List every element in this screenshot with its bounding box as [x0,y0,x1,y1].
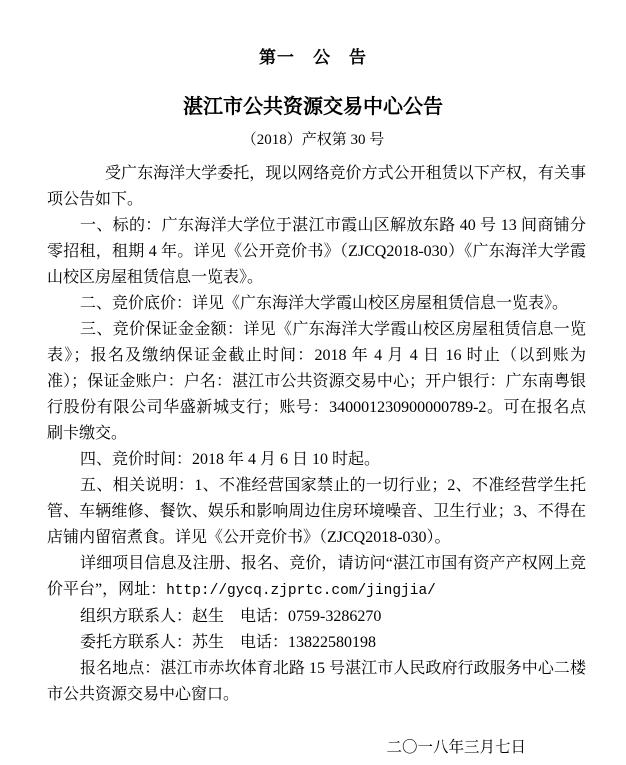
paragraph-base-price: 二、竞价底价：详见《广东海洋大学霞山校区房屋租赁信息一览表》。 [47,291,586,317]
document-title: 湛江市公共资源交易中心公告 [0,95,626,119]
paragraph-intro: 受广东海洋大学委托，现以网络竞价方式公开租赁以下产权，有关事项公告如下。 [47,161,586,213]
document-number: （2018）产权第 30 号 [0,131,626,149]
paragraph-registration-address: 报名地点：湛江市赤坎体育北路 15 号湛江市人民政府行政服务中心二楼市公共资源交… [47,656,586,708]
document-body: 受广东海洋大学委托，现以网络竞价方式公开租赁以下产权，有关事项公告如下。 一、标… [0,161,626,708]
paragraph-organizer-contact: 组织方联系人：赵生 电话：0759-3286270 [47,604,586,630]
section-heading: 第一 公 告 [0,48,626,68]
paragraph-deposit: 三、竞价保证金金额：详见《广东海洋大学霞山校区房屋租赁信息一览表》；报名及缴纳保… [47,317,586,447]
document-date: 二〇一八年三月七日 [0,738,626,758]
paragraph-related-notes: 五、相关说明：1、不准经营国家禁止的一切行业；2、不准经营学生托管、车辆维修、餐… [47,473,586,551]
paragraph-client-contact: 委托方联系人：苏生 电话：13822580198 [47,630,586,656]
paragraph-bidding-time: 四、竞价时间：2018 年 4 月 6 日 10 时起。 [47,447,586,473]
announcement-document: 第一 公 告 湛江市公共资源交易中心公告 （2018）产权第 30 号 受广东海… [0,0,626,765]
platform-url: http://gycq.zjprtc.com/jingjia/ [166,583,436,599]
paragraph-platform: 详细项目信息及注册、报名、竞价，请访问“湛江市国有资产产权网上竞价平台”，网址：… [47,551,586,604]
paragraph-subject: 一、标的：广东海洋大学位于湛江市霞山区解放东路 40 号 13 间商铺分零招租，… [47,213,586,291]
